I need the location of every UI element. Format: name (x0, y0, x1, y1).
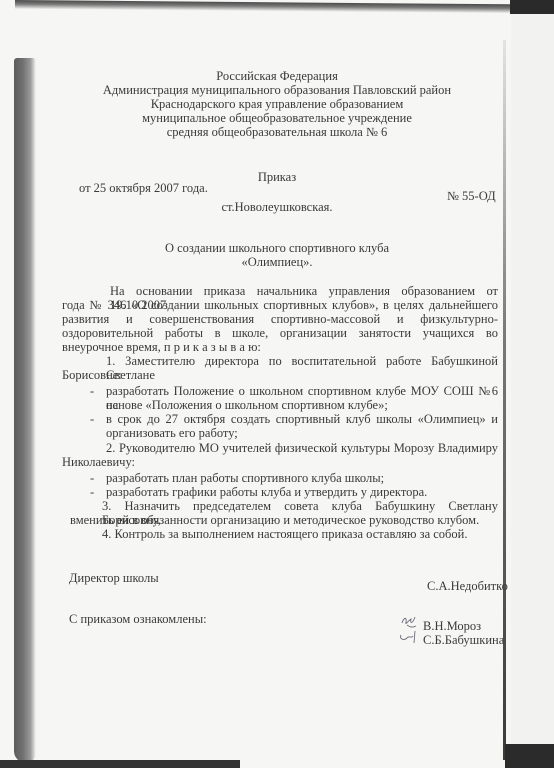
item-1-bullet-2-line-1: в срок до 27 октября создать спортивный … (106, 412, 498, 426)
item-3-line-2: вменить ей в обязанности организацию и м… (70, 513, 479, 527)
scan-page-edge-right (503, 40, 506, 760)
preamble-line-2: года № 346 «О создании школьных спортивн… (62, 298, 498, 312)
subject-line-1: О создании школьного спортивного клуба (0, 241, 554, 255)
scan-shadow-bottom (0, 760, 240, 768)
item-2-line-2: Николаевичу: (62, 455, 135, 469)
acquainted-name-1: В.Н.Мороз (423, 619, 481, 633)
header-administration: Администрация муниципального образования… (0, 83, 554, 97)
item-2-bullet-1: разработать план работы спортивного клуб… (106, 471, 384, 485)
bullet-mark: - (90, 471, 94, 485)
item-1-bullet-2-line-2: организовать его работу; (106, 426, 238, 440)
item-1-line-1: 1. Заместителю директора по воспитательн… (106, 354, 498, 382)
order-date: от 25 октября 2007 года. (79, 181, 208, 195)
scanned-document-page: Российская Федерация Администрация муниц… (0, 0, 554, 768)
scan-shadow-top-right (510, 0, 554, 14)
preamble-line-3: развития и совершенствования спортивно-м… (62, 312, 498, 326)
item-4-line-1: 4. Контроль за выполнением настоящего пр… (102, 527, 467, 541)
item-2-bullet-2: разработать графики работы клуба и утвер… (106, 485, 427, 499)
item-1-line-2: Борисовне: (62, 368, 122, 382)
scan-shadow-top (15, 0, 515, 13)
preamble-line-4: оздоровительной работы в школе, организа… (62, 326, 498, 340)
scan-shadow-left (14, 58, 36, 763)
bullet-mark: - (90, 384, 94, 398)
header-department: Краснодарского края управление образован… (0, 97, 554, 111)
director-name: С.А.Недобитко (427, 579, 508, 593)
acquainted-name-2: С.Б.Бабушкина (423, 633, 504, 647)
order-place: ст.Новолеушковская. (0, 200, 554, 214)
item-2-line-1: 2. Руководителю МО учителей физической к… (106, 441, 498, 455)
bullet-mark: - (90, 412, 94, 426)
acquainted-label: С приказом ознакомлены: (69, 612, 207, 626)
header-country: Российская Федерация (0, 69, 554, 83)
scan-shadow-bottom-right (505, 744, 554, 768)
handwritten-signature-icon (398, 613, 422, 645)
subject-line-2: «Олимпиец». (0, 255, 554, 269)
director-label: Директор школы (69, 571, 159, 585)
bullet-mark: - (90, 485, 94, 499)
item-1-bullet-1-line-2: основе «Положения о школьном спортивном … (106, 398, 388, 412)
header-institution-type: муниципальное общеобразовательное учрежд… (0, 111, 554, 125)
preamble-line-5: внеурочное время, п р и к а з ы в а ю: (62, 340, 261, 354)
header-school-name: средняя общеобразовательная школа № 6 (0, 125, 554, 139)
